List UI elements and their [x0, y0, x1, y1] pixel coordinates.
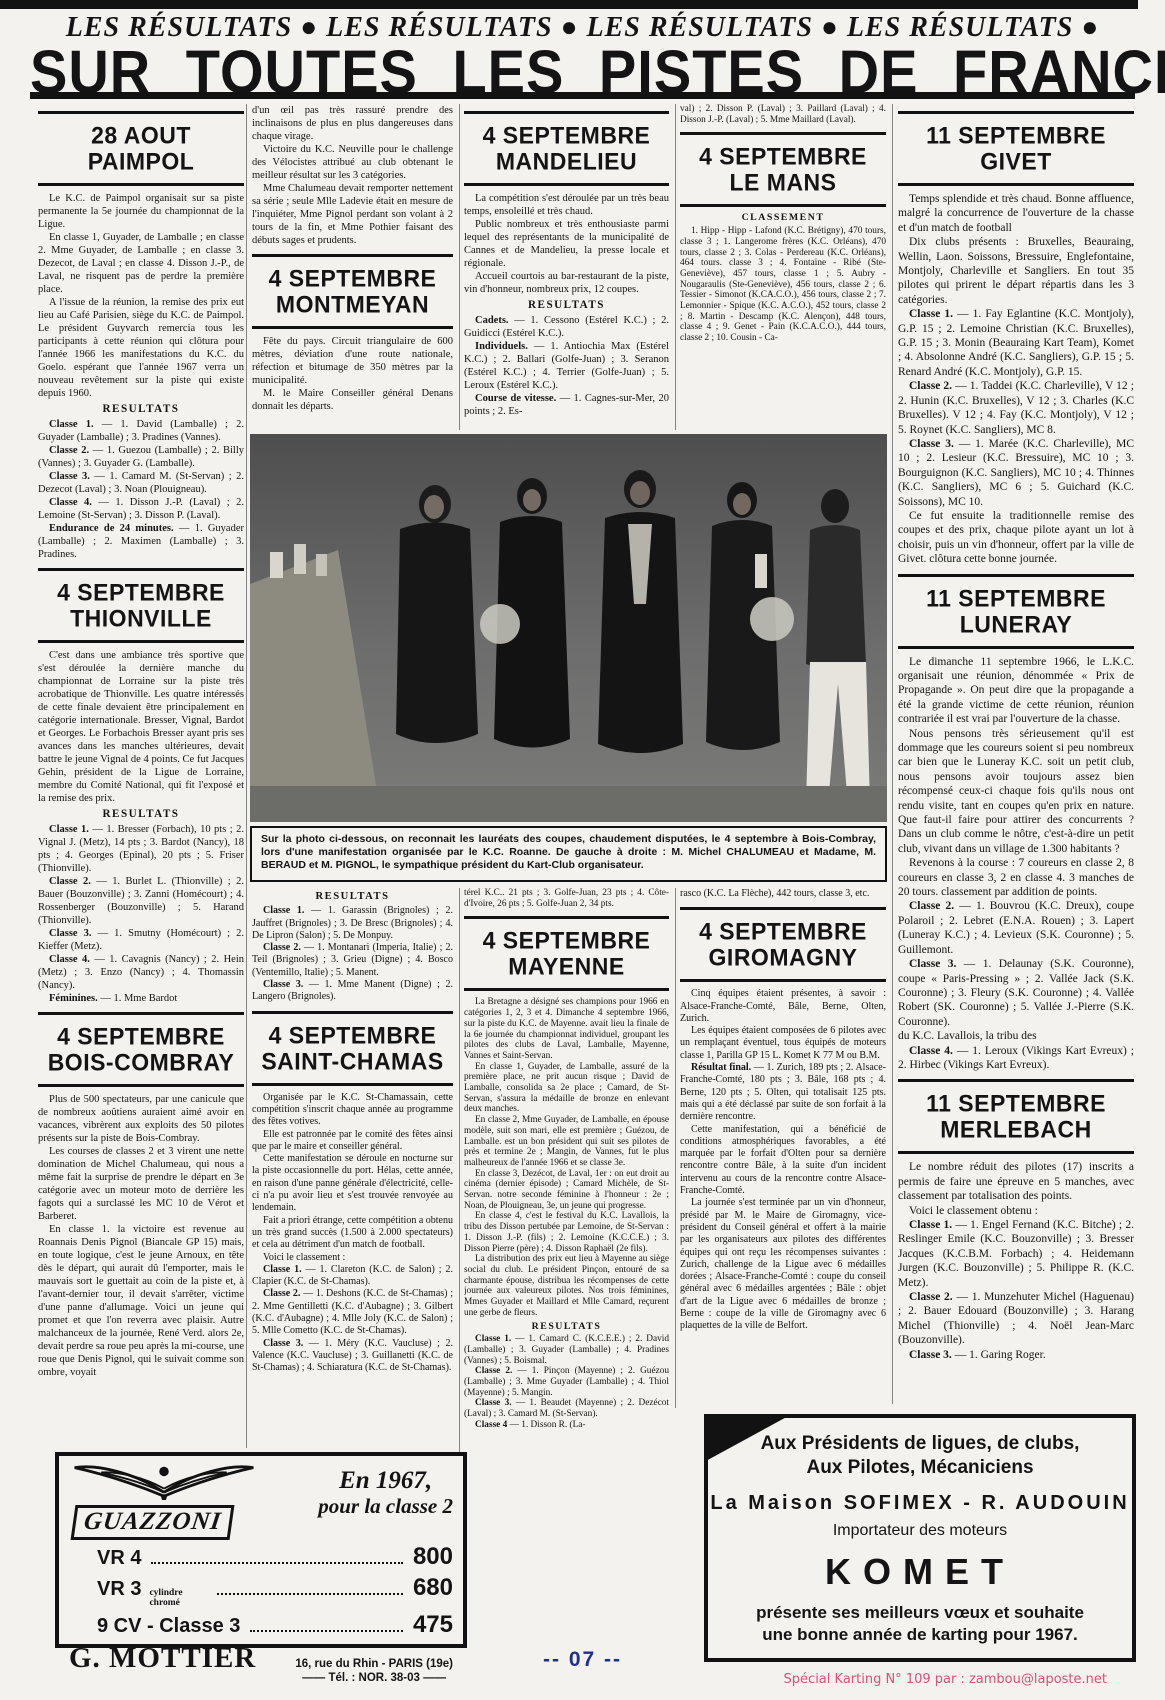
price-row: VR 3 cylindre chromé 680	[97, 1574, 453, 1608]
headline-line: 11 SEPTEMBRE	[898, 584, 1134, 611]
result-line: Classe 1. — 1. Garassin (Brignoles) ; 2.…	[252, 905, 453, 942]
product-name: VR 3	[97, 1578, 141, 1601]
article-headline: 28 AOUTPAIMPOL	[38, 111, 244, 186]
column-divider	[892, 104, 893, 1404]
results-subheading: RESULTATS	[464, 1322, 669, 1333]
result-class-label: Féminines.	[49, 993, 98, 1004]
headline-line: THIONVILLE	[38, 604, 244, 631]
paragraph: C'est dans une ambiance très sportive qu…	[38, 649, 244, 805]
result-class-label: Classe 3.	[263, 979, 303, 990]
paragraph: Voici le classement :	[252, 1252, 453, 1264]
result-class-label: Classe 1.	[263, 905, 304, 916]
result-line: Classe 3. — 1. Beaudet (Mayenne) ; 2. De…	[464, 1398, 669, 1419]
paragraph: En classe 3, Dezécot, de Laval, 1er : on…	[464, 1169, 669, 1212]
result-class-label: Classe 4.	[49, 954, 90, 965]
paragraph: Le nombre réduit des pilotes (17) inscri…	[898, 1160, 1134, 1203]
komet-wordmark: KOMET	[708, 1550, 1132, 1594]
result-line: Classe 1. — 1. Camard C. (K.C.E.E.) ; 2.…	[464, 1334, 669, 1366]
result-line: Classe 1. — 1. Fay Eglantine (K.C. Montj…	[898, 307, 1134, 379]
headline-line: GIROMAGNY	[680, 944, 886, 971]
paragraph: En classe 2, Mme Guyader, de Lamballe, e…	[464, 1115, 669, 1169]
result-class-label: Classe 3.	[909, 1349, 952, 1361]
result-line: Classe 2. — 1. Munzehuter Michel (Haguen…	[898, 1290, 1134, 1348]
guazzoni-ad-top: GUAZZONI En 1967, pour la classe 2	[69, 1460, 453, 1540]
headline-line: MAYENNE	[464, 953, 669, 980]
guazzoni-eagle-icon	[69, 1460, 259, 1500]
article-headline: 4 SEPTEMBREGIROMAGNY	[680, 907, 886, 982]
paragraph: La distribution des prix eut lieu à Maye…	[464, 1254, 669, 1318]
paragraph: En classe 1, Guyader, de Lamballe, assur…	[464, 1062, 669, 1116]
article-headline: 4 SEPTEMBRETHIONVILLE	[38, 568, 244, 643]
result-class-label: Classe 1.	[263, 1264, 302, 1275]
result-line: Classe 3. — 1. Delaunay (S.K. Couronne),…	[898, 957, 1134, 1029]
paragraph: En classe 4, c'est le festival du K.C. L…	[464, 1211, 669, 1254]
result-line: Classe 1. — 1. David (Lamballe) ; 2. Guy…	[38, 418, 244, 444]
result-class-label: Classe 1.	[909, 1219, 952, 1231]
paragraph: Fête du pays. Circuit triangulaire de 60…	[252, 335, 453, 387]
paragraph: Victoire du K.C. Neuville pour le challe…	[252, 143, 453, 182]
paragraph: Les courses de classes 2 et 3 virent une…	[38, 1145, 244, 1223]
paragraph: Elle est patronnée par le comité des fêt…	[252, 1129, 453, 1154]
paragraph: Cinq équipes étaient présentes, à savoir…	[680, 988, 886, 1025]
paragraph: val) ; 2. Disson P. (Laval) ; 3. Paillar…	[680, 104, 886, 125]
headline-line: PAIMPOL	[38, 147, 244, 174]
result-class-label: Classe 1.	[49, 419, 94, 430]
result-line: Classe 2. — 1. Taddei (K.C. Charleville)…	[898, 379, 1134, 437]
result-line: Classe 2. — 1. Guezou (Lamballe) ; 2. Bi…	[38, 444, 244, 470]
paragraph: Les équipes étaient composées de 6 pilot…	[680, 1025, 886, 1062]
headline-line: SAINT-CHAMAS	[252, 1047, 453, 1074]
result-class-label: Classe 3.	[263, 1338, 303, 1349]
column-divider	[246, 104, 247, 1448]
result-line: Classe 1. — 1. Bresser (Forbach), 10 pts…	[38, 823, 244, 875]
headline-line: 4 SEPTEMBRE	[38, 1022, 244, 1049]
result-class-label: Classe 2.	[909, 380, 952, 392]
result-line: Classe 4. — 1. Disson J.-P. (Laval) ; 2.…	[38, 496, 244, 522]
result-class-label: Classe 2.	[49, 876, 91, 887]
paragraph: A l'issue de la réunion, la remise des p…	[38, 296, 244, 400]
column-4-lower: rasco (K.C. La Flèche), 442 tours, class…	[680, 888, 886, 1410]
komet-ad-line: présente ses meilleurs vœux et souhaite	[708, 1602, 1132, 1624]
paragraph: Plus de 500 spectateurs, par une canicul…	[38, 1093, 244, 1145]
product-name: 9 CV - Classe 3	[97, 1615, 240, 1638]
result-entries: — 1. Disson R. (La-	[507, 1420, 585, 1430]
photo-caption: Sur la photo ci-dessous, on reconnait le…	[250, 826, 887, 882]
column-divider	[675, 888, 676, 1408]
dotted-leader	[250, 1630, 403, 1632]
guazzoni-tagline: En 1967, pour la classe 2	[318, 1460, 453, 1518]
guazzoni-ad: GUAZZONI En 1967, pour la classe 2 VR 4 …	[55, 1452, 467, 1648]
product-price: 475	[413, 1611, 453, 1639]
column-divider	[459, 888, 460, 1462]
column-divider	[675, 104, 676, 430]
result-class-label: Classe 4.	[909, 1045, 953, 1057]
paragraph: Cette manifestation, qui a bénéficié de …	[680, 1124, 886, 1198]
price-row: VR 4 800	[97, 1543, 453, 1571]
paragraph: Le dimanche 11 septembre 1966, le L.K.C.…	[898, 655, 1134, 727]
result-class-label: Classe 2.	[263, 1288, 300, 1299]
headline-line: MANDELIEU	[464, 147, 669, 174]
phone-line: Tél. : NOR. 38-03	[302, 1672, 446, 1684]
paragraph: térel K.C.. 21 pts ; 3. Golfe-Juan, 23 p…	[464, 888, 669, 909]
result-line: Classe 3. — 1. Camard M. (St-Servan) ; 2…	[38, 470, 244, 496]
komet-ad-line: Importateur des moteurs	[708, 1520, 1132, 1542]
headline-line: MONTMEYAN	[252, 290, 453, 317]
dotted-leader	[217, 1593, 402, 1595]
result-class-label: Individuels.	[475, 341, 528, 352]
issue-credit: Spécial Karting N° 109 par : zambou@lapo…	[784, 1672, 1107, 1687]
headline-line: 11 SEPTEMBRE	[898, 1090, 1134, 1117]
result-line: Course de vitesse. — 1. Cagnes-sur-Mer, …	[464, 392, 669, 418]
headline-line: 28 AOUT	[38, 121, 244, 148]
headline-line: 11 SEPTEMBRE	[898, 121, 1134, 148]
result-line: Endurance de 24 minutes. — 1. Guyader (L…	[38, 522, 244, 561]
komet-ad-line: une bonne année de karting pour 1967.	[708, 1624, 1132, 1646]
result-line: Classe 3. — 1. Méry (K.C. Vaucluse) ; 2.…	[252, 1338, 453, 1375]
paragraph: Dix clubs présents : Bruxelles, Beaurain…	[898, 235, 1134, 307]
paragraph: Temps splendide et très chaud. Bonne aff…	[898, 192, 1134, 235]
result-entries: — 1. Garing Roger.	[952, 1349, 1046, 1361]
column-3-upper: 4 SEPTEMBREMANDELIEULa compétition s'est…	[464, 104, 669, 434]
guazzoni-wordmark: GUAZZONI	[71, 1505, 235, 1540]
result-class-label: Endurance de 24 minutes.	[49, 523, 174, 534]
column-4-upper: val) ; 2. Disson P. (Laval) ; 3. Paillar…	[680, 104, 886, 430]
result-line: Classe 3. — 1. Mme Manent (Digne) ; 2. L…	[252, 979, 453, 1004]
article-headline: 4 SEPTEMBREBOIS-COMBRAY	[38, 1012, 244, 1087]
paragraph: rasco (K.C. La Flèche), 442 tours, class…	[680, 888, 886, 900]
result-line: Classe 2. — 1. Bouvrou (K.C. Dreux), cou…	[898, 899, 1134, 957]
result-entries: — 1. Mme Bardot	[98, 993, 178, 1004]
top-rule	[0, 0, 1138, 9]
article-headline: 4 SEPTEMBRESAINT-CHAMAS	[252, 1011, 453, 1086]
result-class-label: Classe 2.	[263, 942, 301, 953]
result-class-label: Classe 2.	[49, 445, 89, 456]
headline-line: 4 SEPTEMBRE	[464, 121, 669, 148]
photo	[250, 434, 887, 822]
result-class-label: Classe 1.	[909, 308, 953, 320]
result-line: Classe 2. — 1. Burlet L. (Thionville) ; …	[38, 875, 244, 927]
result-class-label: Classe 3.	[909, 438, 954, 450]
headline-line: 4 SEPTEMBRE	[38, 578, 244, 605]
paragraph: Ce fut ensuite la traditionnelle remise …	[898, 509, 1134, 567]
komet-ad: Aux Présidents de ligues, de clubs, Aux …	[704, 1414, 1136, 1662]
headline-line: BOIS-COMBRAY	[38, 1048, 244, 1075]
column-divider	[459, 104, 460, 430]
product-price: 800	[413, 1543, 453, 1571]
result-class-label: Résultat final.	[691, 1062, 751, 1073]
result-class-label: Classe 2.	[909, 900, 954, 912]
result-line: Classe 3. — 1. Marée (K.C. Charleville),…	[898, 437, 1134, 509]
article-headline: 11 SEPTEMBRELUNERAY	[898, 574, 1134, 649]
article-headline: 11 SEPTEMBREMERLEBACH	[898, 1079, 1134, 1154]
result-class-label: Course de vitesse.	[475, 393, 556, 404]
result-class-label: Classe 3.	[49, 471, 90, 482]
result-class-label: Classe 4.	[49, 497, 92, 508]
result-class-label: Classe 3.	[909, 958, 956, 970]
headline-line: 4 SEPTEMBRE	[680, 918, 886, 945]
result-line: Classe 3. — 1. Smutny (Homécourt) ; 2. K…	[38, 927, 244, 953]
paragraph: La journée s'est terminée par un vin d'h…	[680, 1197, 886, 1332]
result-line: Classe 3. — 1. Garing Roger.	[898, 1348, 1134, 1362]
result-line: Classe 2. — 1. Montanari (Imperia, Itali…	[252, 942, 453, 979]
result-line: Classe 4. — 1. Cavagnis (Nancy) ; 2. Hei…	[38, 953, 244, 992]
headline-line: 4 SEPTEMBRE	[464, 927, 669, 954]
tagline-line-2: pour la classe 2	[318, 1494, 453, 1518]
prize-ceremony-photo	[250, 434, 887, 822]
komet-ad-line: La Maison SOFIMEX - R. AUDOUIN	[708, 1490, 1132, 1516]
headline-line: 4 SEPTEMBRE	[252, 1021, 453, 1048]
result-class-label: Classe 3.	[49, 928, 92, 939]
result-class-label: Classe 4	[475, 1420, 507, 1430]
result-class-label: Classe 2.	[909, 1291, 953, 1303]
headline-line: LE MANS	[680, 169, 886, 196]
headline-line: LUNERAY	[898, 610, 1134, 637]
headline-line: 4 SEPTEMBRE	[252, 264, 453, 291]
result-line: Classe 1. — 1. Clareton (K.C. de Salon) …	[252, 1264, 453, 1289]
paragraph: Cette manifestation se déroule en noctur…	[252, 1153, 453, 1214]
result-line: Classe 1. — 1. Engel Fernand (K.C. Bitch…	[898, 1218, 1134, 1290]
paragraph: du K.C. Lavallois, la tribu des	[898, 1029, 1134, 1043]
result-line: Classe 2. — 1. Pinçon (Mayenne) ; 2. Gué…	[464, 1366, 669, 1398]
page-number: -- 07 --	[0, 1648, 1165, 1672]
result-line: Cadets. — 1. Cessono (Estérel K.C.) ; 2.…	[464, 314, 669, 340]
paragraph: Mme Chalumeau devait remporter nettement…	[252, 182, 453, 247]
result-line: Féminines. — 1. Mme Bardot	[38, 992, 244, 1005]
paragraph: La Bretagne a désigné ses champions pour…	[464, 997, 669, 1061]
paragraph: Le K.C. de Paimpol organisait sur sa pis…	[38, 192, 244, 231]
product-name: VR 4	[97, 1547, 141, 1570]
paragraph: Accueil courtois au bar-restaurant de la…	[464, 270, 669, 296]
result-line: Individuels. — 1. Antiochia Max (Estérel…	[464, 340, 669, 392]
phone-number: Tél. : NOR. 38-03	[328, 1672, 419, 1684]
result-class-label: Classe 2.	[475, 1366, 512, 1376]
paragraph: d'un œil pas très rassuré prendre des in…	[252, 104, 453, 143]
result-line: Classe 4 — 1. Disson R. (La-	[464, 1420, 669, 1431]
results-subheading: RESULTATS	[38, 808, 244, 821]
paragraph: Voici le classement obtenu :	[898, 1204, 1134, 1218]
result-class-label: Classe 3.	[475, 1398, 512, 1408]
column-2-upper: d'un œil pas très rassuré prendre des in…	[252, 104, 453, 432]
column-2-lower: RESULTATSClasse 1. — 1. Garassin (Brigno…	[252, 888, 453, 1464]
article-headline: 11 SEPTEMBREGIVET	[898, 111, 1134, 186]
title-rule	[30, 92, 1135, 99]
headline-line: GIVET	[898, 147, 1134, 174]
paragraph: Revenons à la course : 7 coureurs en cla…	[898, 856, 1134, 899]
product-price: 680	[413, 1574, 453, 1602]
paragraph: M. le Maire Conseiller général Denans do…	[252, 387, 453, 413]
column-3-lower: térel K.C.. 21 pts ; 3. Golfe-Juan, 23 p…	[464, 888, 669, 1464]
results-subheading: RESULTATS	[464, 299, 669, 312]
paragraph: 1. Hipp - Hipp - Lafond (K.C. Brétigny),…	[680, 226, 886, 344]
result-class-label: Classe 1.	[475, 1334, 511, 1344]
result-line: Classe 2. — 1. Deshons (K.C. de St-Chama…	[252, 1288, 453, 1337]
result-class-label: Classe 1.	[49, 824, 89, 835]
headline-line: MERLEBACH	[898, 1116, 1134, 1143]
price-row: 9 CV - Classe 3 475	[97, 1611, 453, 1639]
result-line: Classe 4. — 1. Leroux (Vikings Kart Evre…	[898, 1044, 1134, 1073]
article-headline: 4 SEPTEMBREMANDELIEU	[464, 111, 669, 186]
guazzoni-logo: GUAZZONI	[69, 1460, 259, 1540]
article-headline: 4 SEPTEMBRELE MANS	[680, 132, 886, 207]
paragraph: En classe 1, Guyader, de Lamballe ; en c…	[38, 231, 244, 296]
paragraph: En classe 1. la victoire est revenue au …	[38, 1223, 244, 1379]
result-class-label: Cadets.	[475, 315, 509, 326]
result-line: Résultat final. — 1. Zurich, 189 pts ; 2…	[680, 1062, 886, 1123]
newspaper-page: LES RÉSULTATS ● LES RÉSULTATS ● LES RÉSU…	[0, 0, 1165, 1700]
paragraph: Nous pensons très sérieusement qu'il est…	[898, 727, 1134, 857]
corner-fold-decoration	[704, 1414, 792, 1462]
product-note: cylindre chromé	[149, 1588, 207, 1608]
column-5: 11 SEPTEMBREGIVETTemps splendide et très…	[898, 104, 1134, 1456]
dotted-leader	[151, 1562, 402, 1564]
results-subheading: RESULTATS	[38, 403, 244, 416]
results-subheading: CLASSEMENT	[680, 213, 886, 224]
article-headline: 4 SEPTEMBREMAYENNE	[464, 916, 669, 991]
article-headline: 4 SEPTEMBREMONTMEYAN	[252, 254, 453, 329]
results-subheading: RESULTATS	[252, 891, 453, 903]
column-1: 28 AOUTPAIMPOLLe K.C. de Paimpol organis…	[38, 104, 244, 1448]
paragraph: Organisée par le K.C. St-Chamassain, cet…	[252, 1092, 453, 1129]
paragraph: Fait a priori étrange, cette compétition…	[252, 1215, 453, 1252]
tagline-line-1: En 1967,	[318, 1468, 453, 1494]
headline-line: 4 SEPTEMBRE	[680, 143, 886, 170]
paragraph: Public nombreux et très enthousiaste par…	[464, 218, 669, 270]
paragraph: La compétition s'est déroulée par un trè…	[464, 192, 669, 218]
